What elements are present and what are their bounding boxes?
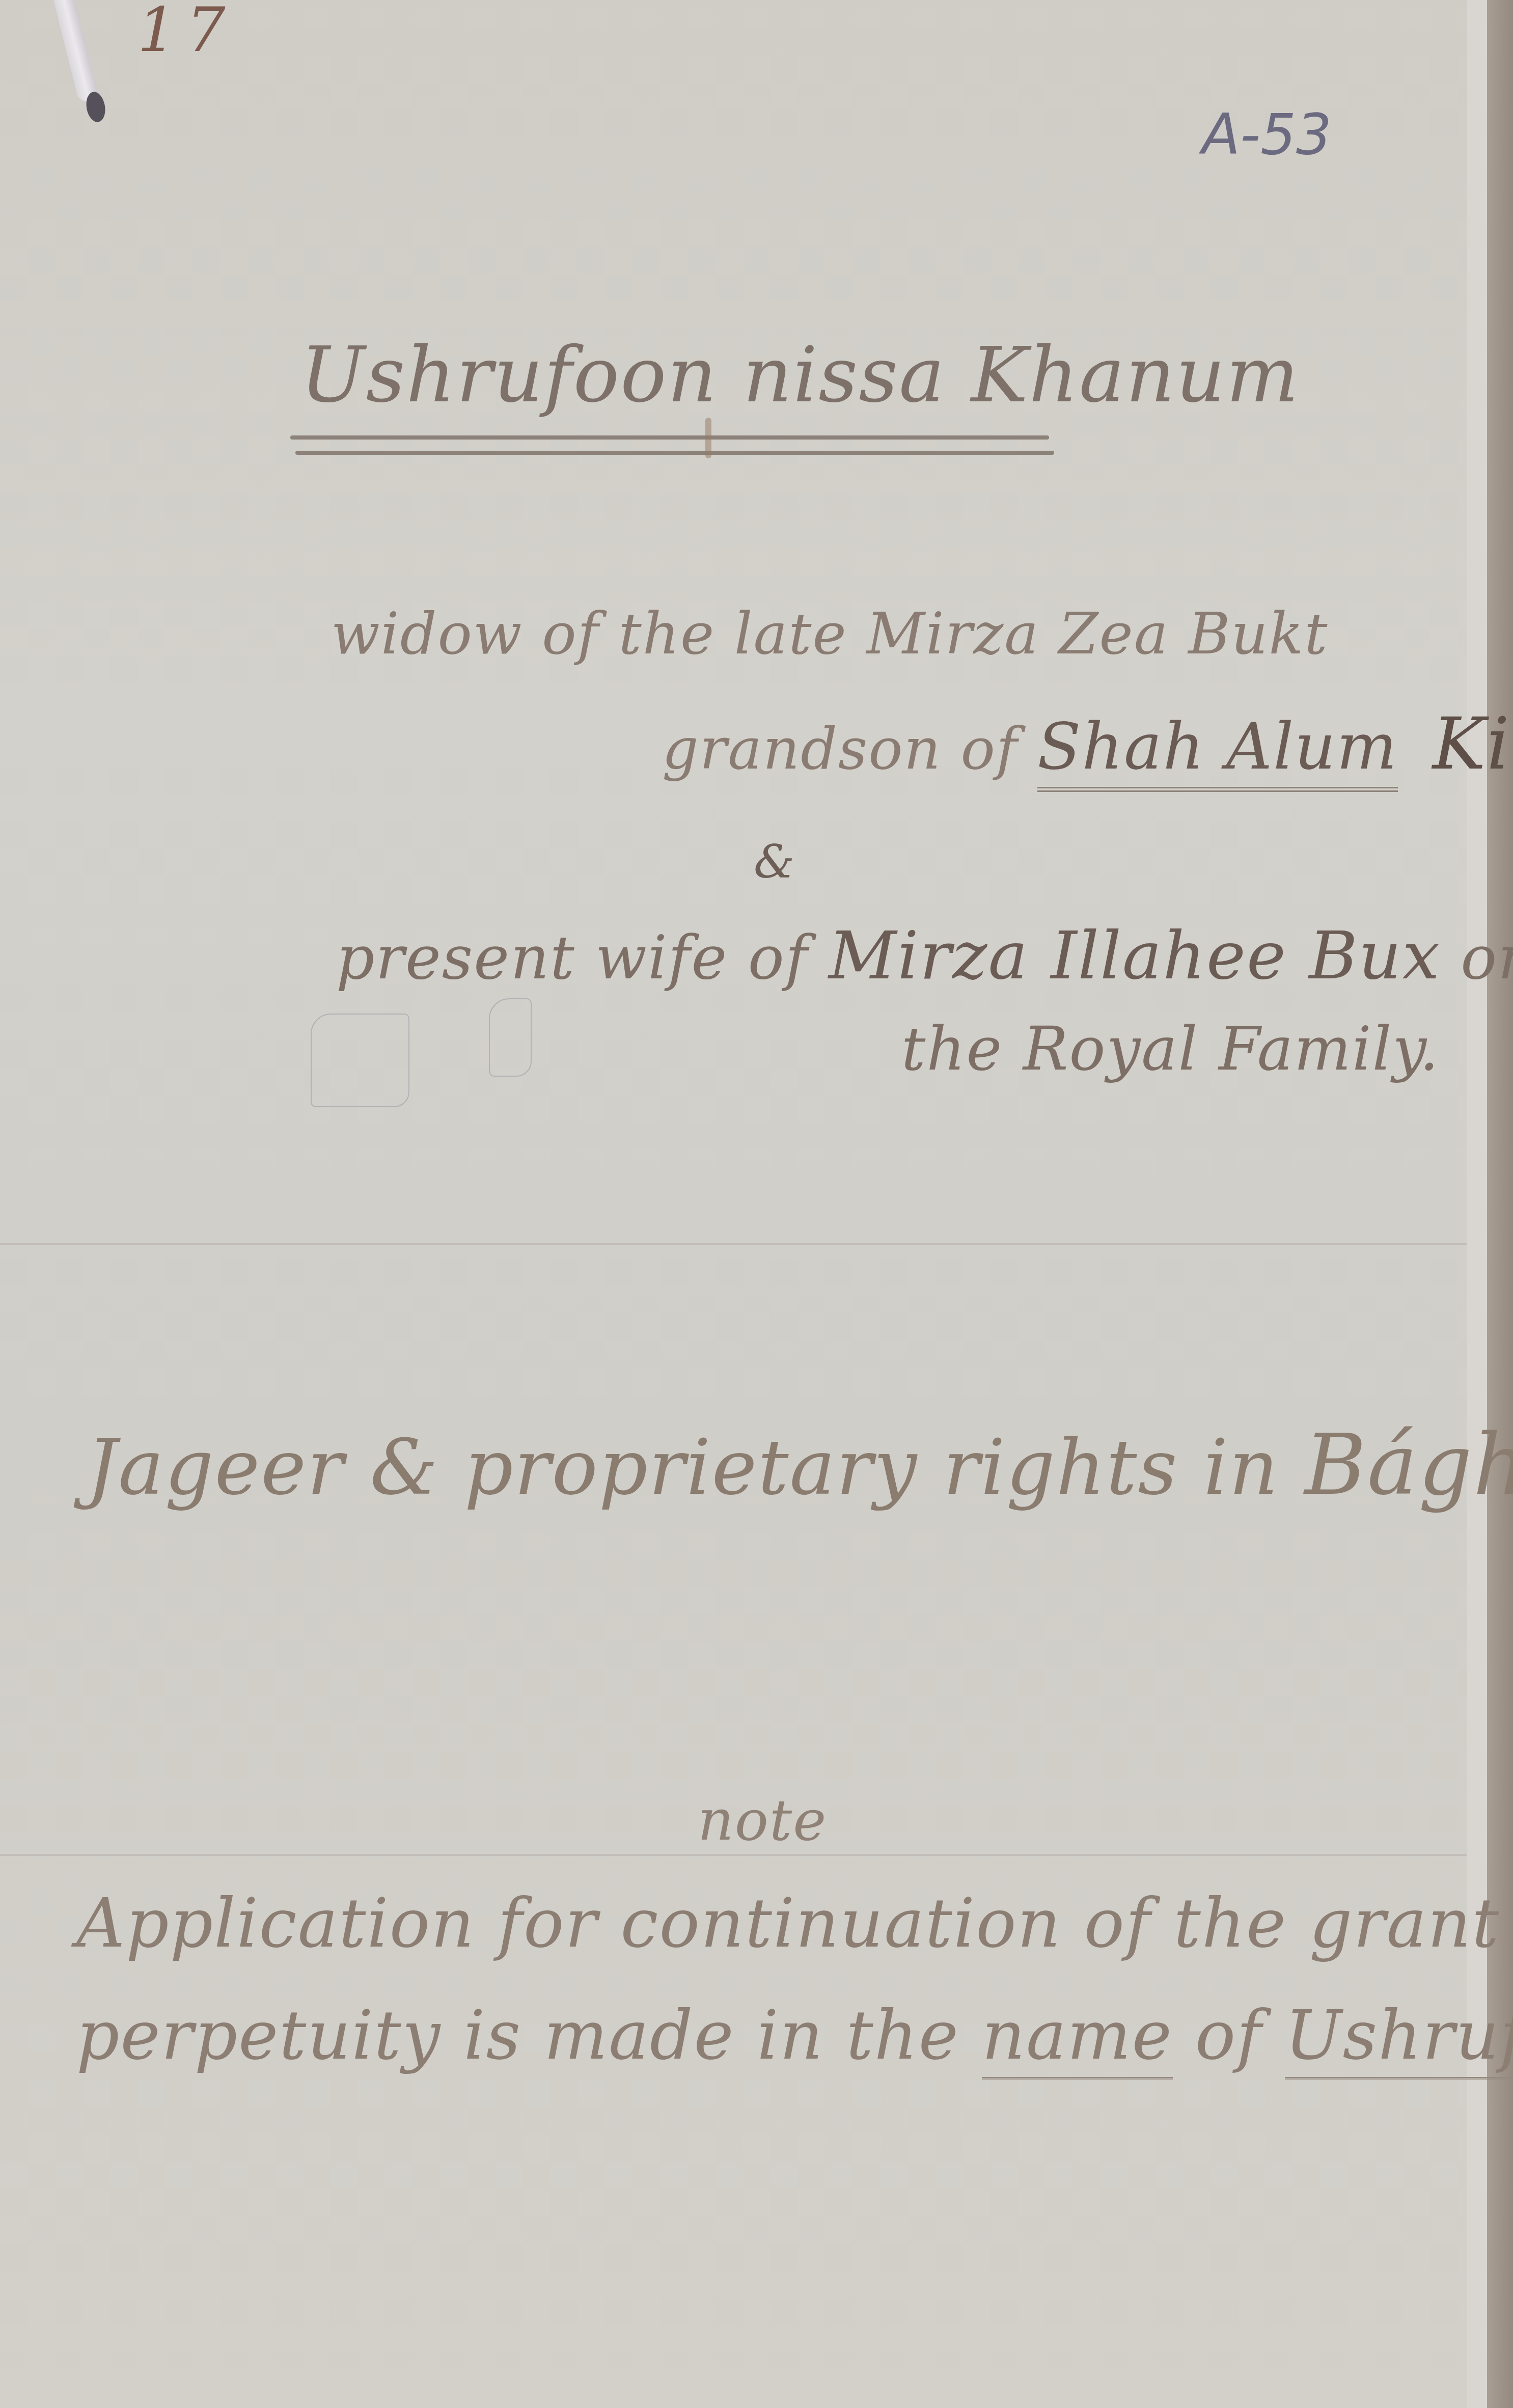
title-underline-lower xyxy=(295,451,1054,455)
widow-line: widow of the late Mirza Zea Bukt xyxy=(331,601,1328,667)
subject-place: Bágh Raunk. xyxy=(1305,1416,1513,1514)
manuscript-sheet: 17 A-53 Ushrufoon nissa Khanum widow of … xyxy=(0,0,1467,2408)
wife-line: present wife of Mirza Illahee Bux one of xyxy=(336,917,1513,994)
pencil-sketch-mark xyxy=(311,1014,409,1107)
grandson-prefix: grandson of xyxy=(662,716,1018,782)
corner-folio-mark: 17 xyxy=(137,0,236,66)
grandson-name-underlined: Shah Alum xyxy=(1037,710,1398,792)
grandson-line: grandson of Shah Alum King xyxy=(662,703,1513,786)
title-underline-upper xyxy=(290,435,1049,440)
note-heading: note xyxy=(698,1788,827,1853)
grandson-suffix: King xyxy=(1433,703,1513,786)
note-line-2: perpetuity is made in the name of Ushruf… xyxy=(76,1996,1513,2075)
subject-line: Jageer & proprietary rights in Bágh Raun… xyxy=(87,1416,1513,1514)
wife-prefix: present wife of xyxy=(336,922,809,993)
wife-name: Mirza Illahee Bux xyxy=(829,917,1441,994)
paper-fold-line xyxy=(0,1854,1467,1856)
ink-blot xyxy=(705,418,711,458)
royal-family-line: the Royal Family. xyxy=(901,1014,1440,1084)
document-title: Ushrufoon nissa Khanum xyxy=(300,331,1300,420)
note-line-2-of: of xyxy=(1195,1996,1262,2075)
note-line-1: Application for continuation of the gran… xyxy=(76,1884,1513,1963)
subject-prefix: Jageer & proprietary rights in xyxy=(87,1424,1279,1512)
binding-string xyxy=(51,0,99,103)
note-underlined-name: name xyxy=(982,1996,1173,2079)
note-line-2-prefix: perpetuity is made in the xyxy=(76,1996,959,2075)
pencil-sketch-mark xyxy=(489,998,532,1077)
wife-suffix: one of xyxy=(1461,922,1513,993)
archive-reference-mark: A-53 xyxy=(1202,102,1332,167)
paper-fold-line xyxy=(0,1243,1467,1245)
note-underlined-person: Ushrufoon nissa xyxy=(1285,1996,1513,2079)
ampersand: & xyxy=(754,835,795,889)
